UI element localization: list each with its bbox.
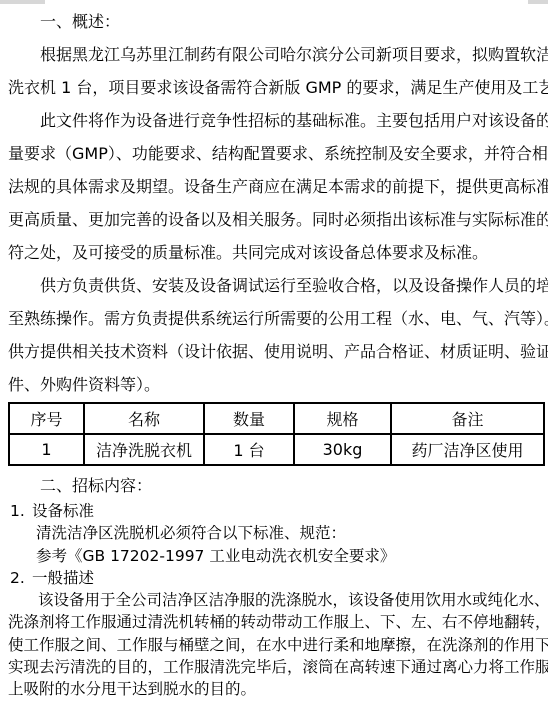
table-header-seq: 序号 [9, 403, 84, 434]
list-item-2-number: 2. [10, 567, 32, 589]
list-item-2-line: 该设备用于全公司洁净区洁净服的洗涤脱水，该设备使用饮用水或纯化水、 [8, 589, 544, 611]
document-body: 一、概述： 根据黑龙江乌苏里江制药有限公司哈尔滨分公司新项目要求，拟购置软洁净 … [0, 0, 548, 701]
overview-heading: 一、概述： [8, 5, 544, 38]
paragraph-line: 件、外购件资料等）。 [8, 368, 544, 401]
list-item-2-line: 使工作服之间、工作服与桶壁之间，在水中进行柔和地摩擦，在洗涤剂的作用下 [8, 634, 544, 656]
equipment-table: 序号 名称 数量 规格 备注 1 洁净洗脱衣机 1 台 30kg 药厂洁净区使用 [8, 402, 545, 466]
table-cell-quantity: 1 台 [204, 434, 294, 465]
paragraph-line: 法规的具体需求及期望。设备生产商应在满足本需求的前提下，提供更高标准、 [8, 170, 544, 203]
paragraph-line: 此文件将作为设备进行竞争性招标的基础标准。主要包括用户对该设备的质 [8, 104, 544, 137]
paragraph-line: 供方提供相关技术资料（设计依据、使用说明、产品合格证、材质证明、验证文 [8, 335, 544, 368]
list-item-2: 2.一般描述 [8, 567, 544, 589]
table-header-remark: 备注 [391, 403, 544, 434]
table-cell-remark: 药厂洁净区使用 [391, 434, 544, 465]
list-item-2-line: 上吸附的水分甩干达到脱水的目的。 [8, 678, 544, 700]
list-item-2-line: 洗涤剂将工作服通过清洗机转桶的转动带动工作服上、下、左、右不停地翻转， [8, 611, 544, 633]
list-item-2-title: 一般描述 [32, 569, 94, 587]
table-cell-spec: 30kg [294, 434, 391, 465]
paragraph-line: 更高质量、更加完善的设备以及相关服务。同时必须指出该标准与实际标准的不 [8, 203, 544, 236]
paragraph-line: 根据黑龙江乌苏里江制药有限公司哈尔滨分公司新项目要求，拟购置软洁净 [8, 38, 544, 71]
paragraph-line: 至熟练操作。需方负责提供系统运行所需要的公用工程（水、电、气、汽等）。 [8, 302, 544, 335]
table-row: 1 洁净洗脱衣机 1 台 30kg 药厂洁净区使用 [9, 434, 544, 465]
table-header-spec: 规格 [294, 403, 391, 434]
document-page: 一、概述： 根据黑龙江乌苏里江制药有限公司哈尔滨分公司新项目要求，拟购置软洁净 … [0, 0, 548, 723]
paragraph-line: 量要求（GMP）、功能要求、结构配置要求、系统控制及安全要求，并符合相关 [8, 137, 544, 170]
paragraph-line: 洗衣机 1 台，项目要求该设备需符合新版 GMP 的要求，满足生产使用及工艺需求… [8, 71, 544, 104]
paragraph-line: 符之处，及可接受的质量标准。共同完成对该设备总体要求及标准。 [8, 236, 544, 269]
window-edge-artifact-left [0, 0, 45, 4]
table-cell-seq: 1 [9, 434, 84, 465]
list-item-1-title: 设备标准 [32, 502, 94, 520]
window-edge-artifact-right [528, 0, 548, 4]
table-header-name: 名称 [84, 403, 204, 434]
tender-heading: 二、招标内容： [8, 472, 544, 500]
list-item-1-number: 1. [10, 500, 32, 522]
tender-list: 1.设备标准 清洗洁净区洗脱机必须符合以下标准、规范： 参考《GB 17202-… [8, 500, 544, 701]
table-header-row: 序号 名称 数量 规格 备注 [9, 403, 544, 434]
list-item-1-line: 清洗洁净区洗脱机必须符合以下标准、规范： [8, 522, 544, 544]
list-item-2-line: 实现去污清洗的目的，工作服清洗完毕后，滚筒在高转速下通过离心力将工作服 [8, 656, 544, 678]
list-item-1-line: 参考《GB 17202-1997 工业电动洗衣机安全要求》 [8, 545, 544, 567]
paragraph-line: 供方负责供货、安装及设备调试运行至验收合格，以及设备操作人员的培训 [8, 269, 544, 302]
table-header-quantity: 数量 [204, 403, 294, 434]
list-item-1: 1.设备标准 [8, 500, 544, 522]
table-cell-name: 洁净洗脱衣机 [84, 434, 204, 465]
